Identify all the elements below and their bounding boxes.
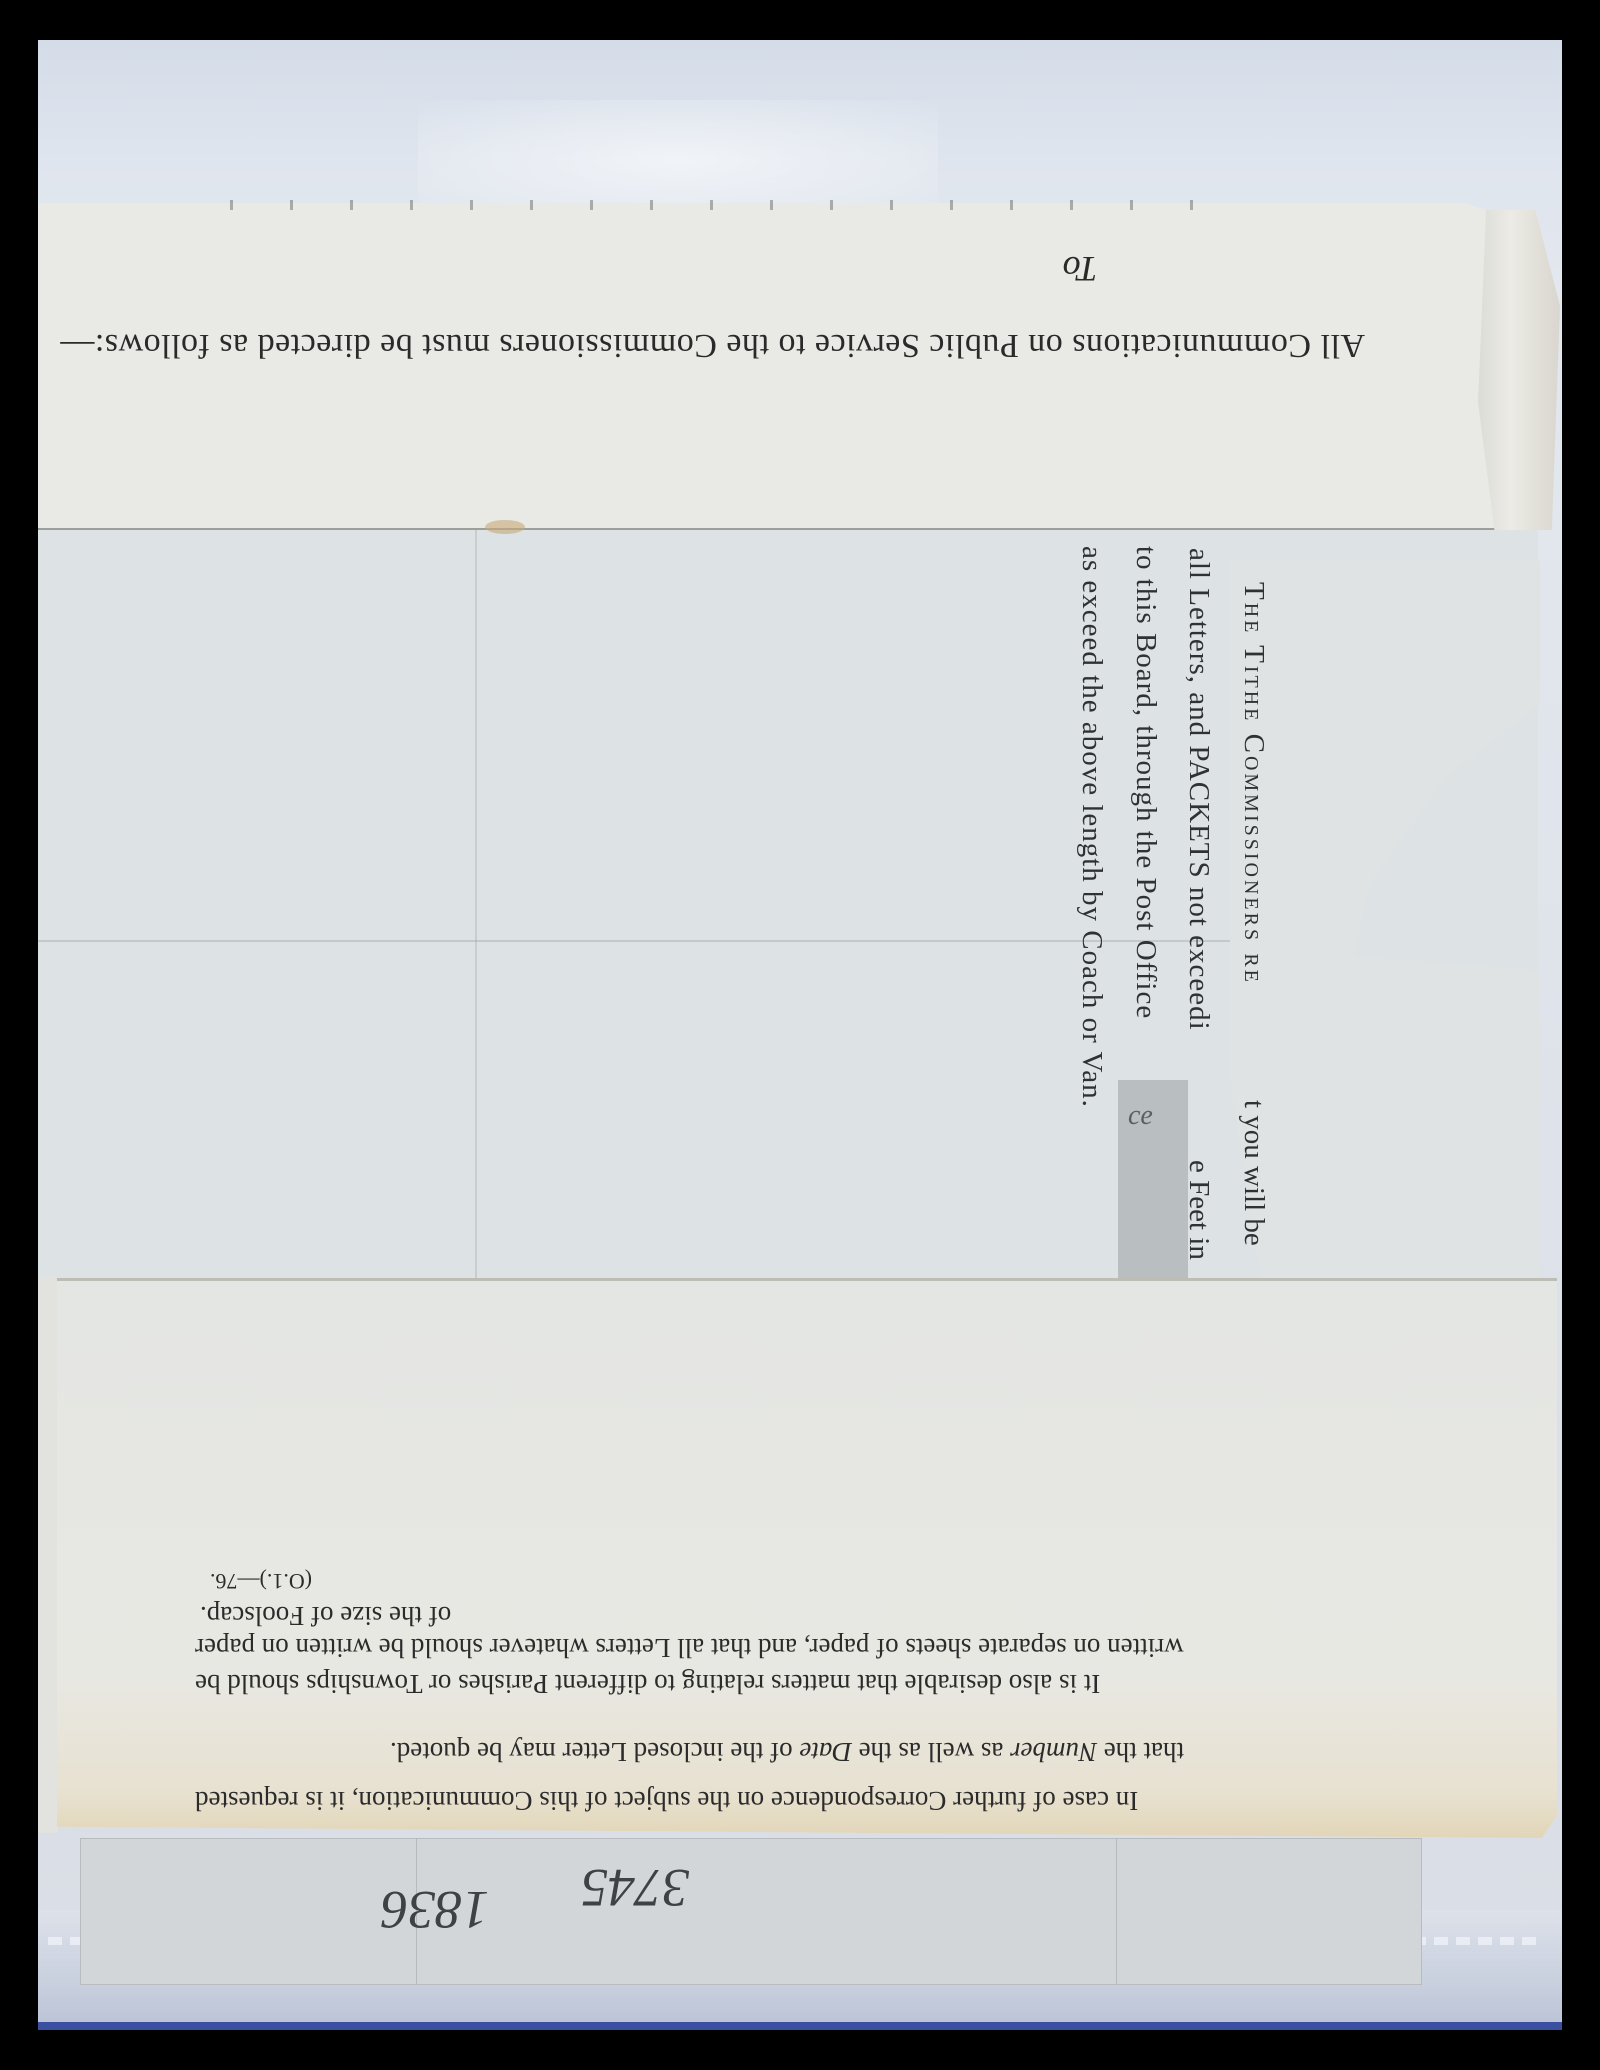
pencil-mark: ce [1128,1100,1153,1132]
strip-panel [81,1839,417,1984]
vertical-line-2: all Letters, and PACKETS not exceedi [1182,548,1215,1031]
handwritten-year: 1836 [381,1879,489,1941]
torn-hole: ce [1118,1080,1188,1278]
address-to: To [1050,248,1110,290]
cutoff-text-line [230,200,1230,210]
communications-heading: All Communications on Public Service to … [195,326,1365,364]
vertical-fragment-1: t you will be [1237,1100,1270,1246]
bottom-flap-edge [38,1278,58,1833]
paragraph-line-written: written on separate sheets of paper, and… [195,1632,1184,1663]
handwritten-number: 3745 [581,1857,689,1919]
vertical-line-4: as exceed the above length by Coach or V… [1075,546,1108,1108]
paragraph-line-foolscap: of the size of Foolscap. [200,1600,451,1631]
paragraph-line-correspondence: In case of further Correspondence on the… [195,1785,1138,1816]
vertical-line-3: to this Board, through the Post Office [1129,546,1162,1019]
horizontal-crease [38,940,1238,942]
paragraph-line-desirable: It is also desirable that matters relati… [195,1668,1100,1699]
form-code: (O.1.)—76. [210,1568,312,1594]
strip-panel [416,1839,1117,1984]
vertical-line-1: The Tithe Commissioners re [1237,582,1270,985]
vertical-fragment-2: e Feet in [1182,1160,1215,1260]
paragraph-line-number: that the Number as well as the Date of t… [390,1736,1184,1767]
under-strip: 1836 3745 [80,1838,1422,1985]
top-flap [38,203,1508,530]
paper-stain [485,520,525,534]
sleeve-edge [38,2022,1562,2030]
top-flap-fold [1478,210,1560,530]
